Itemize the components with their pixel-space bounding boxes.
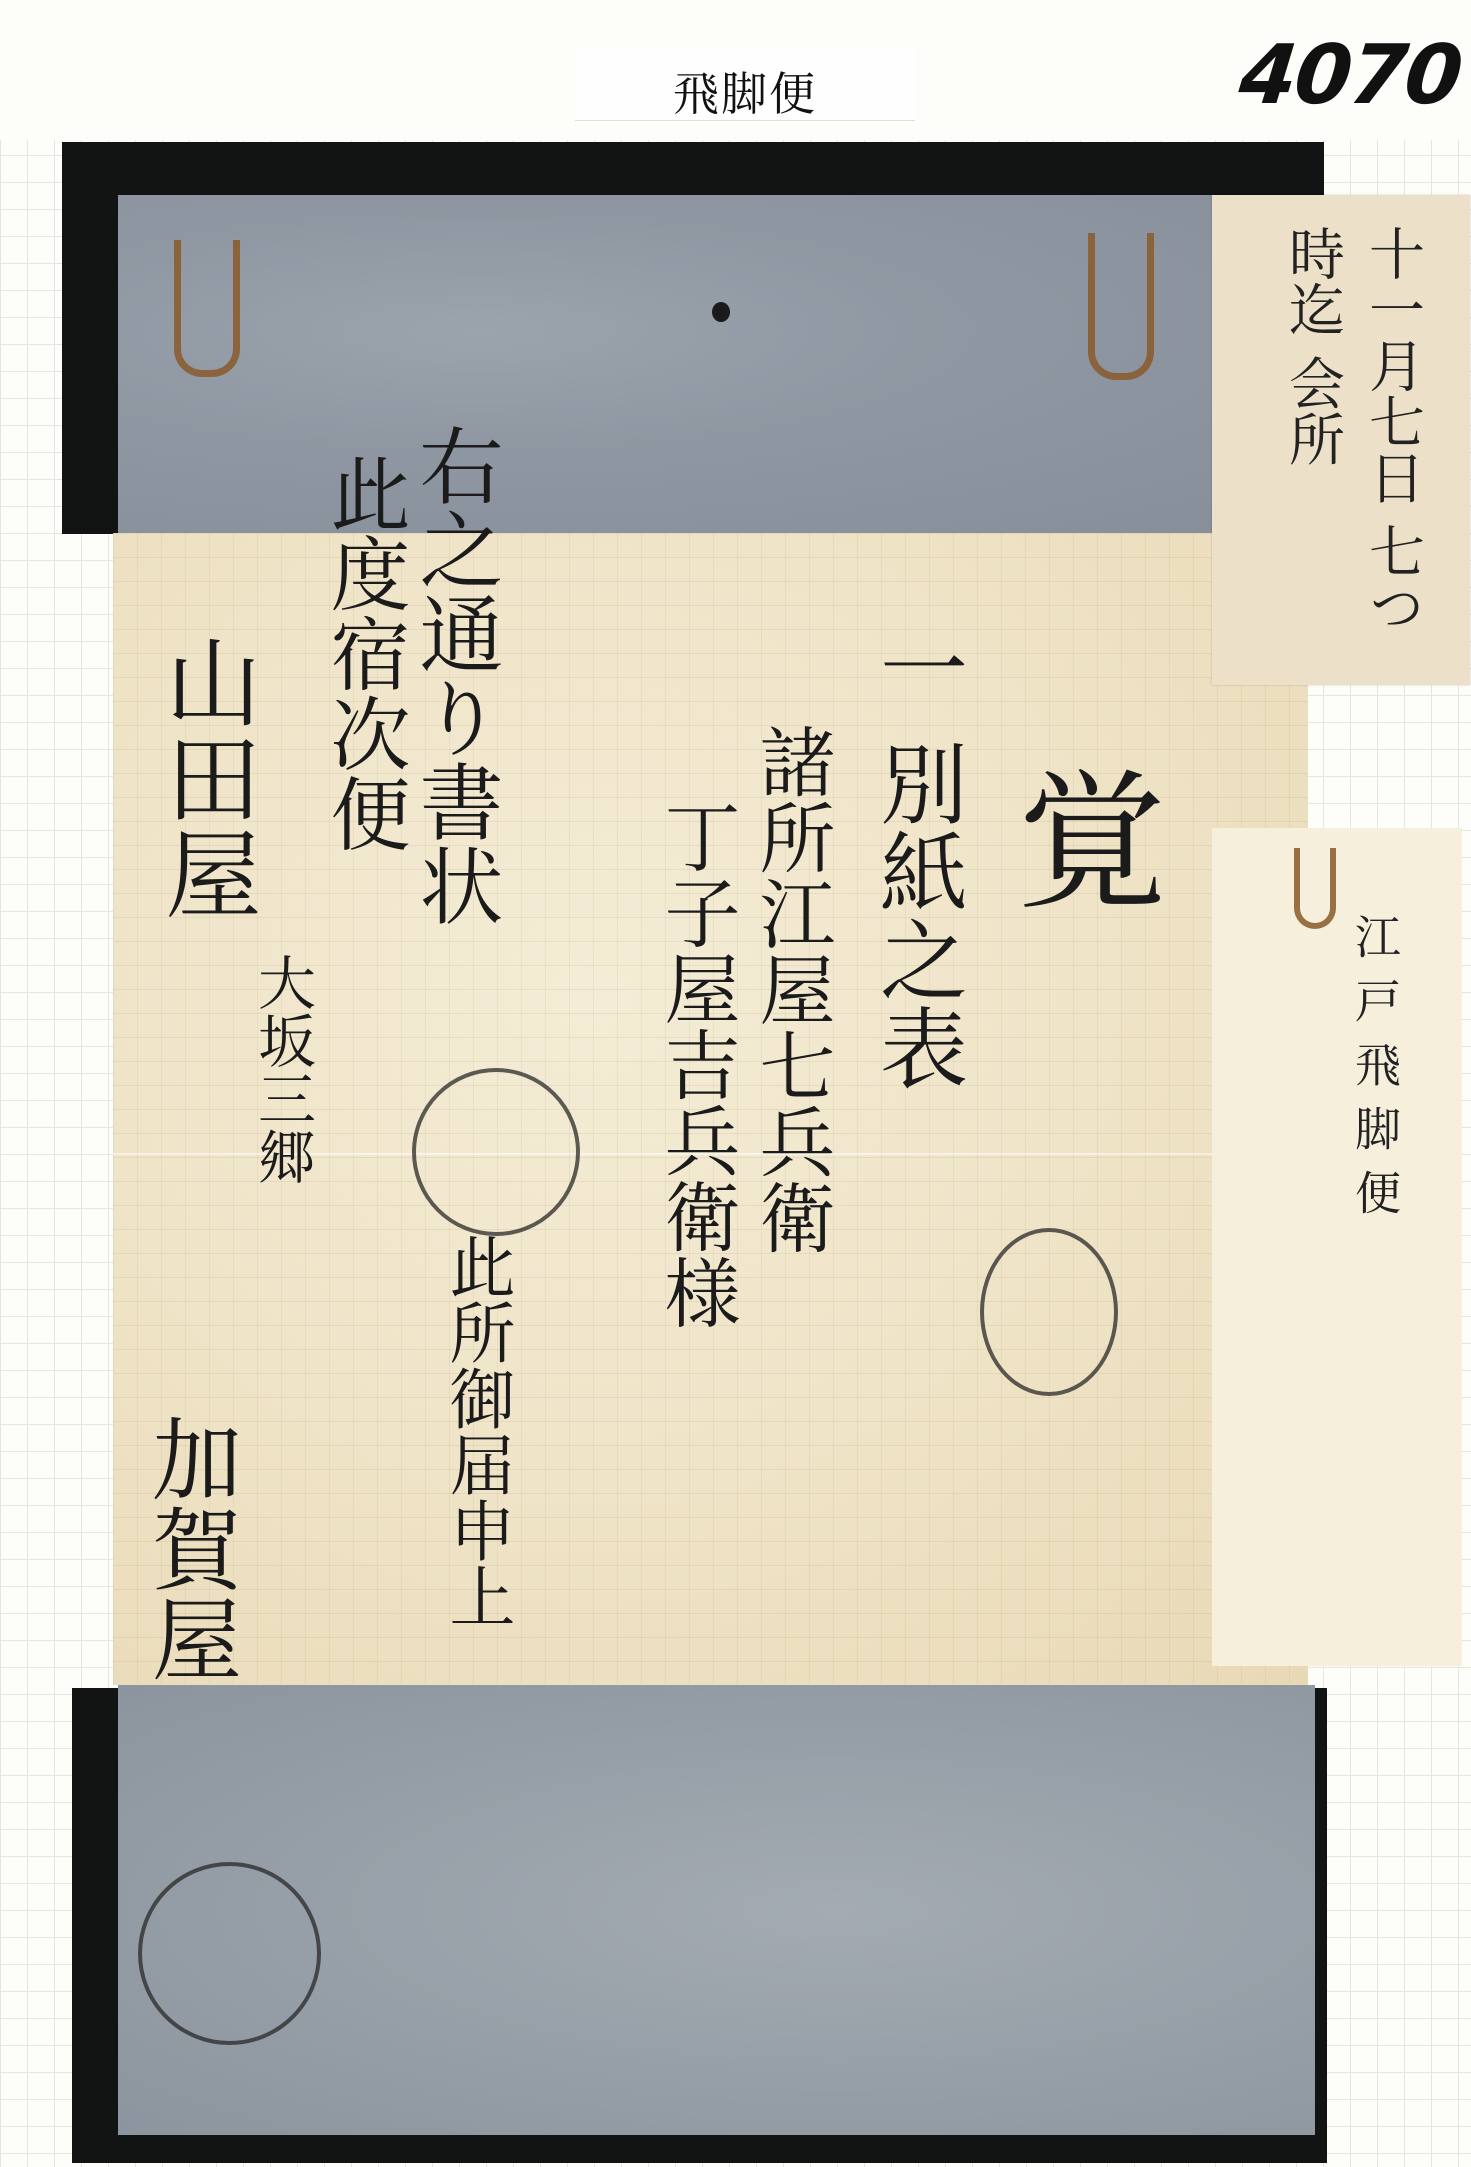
letter-heading: 覚: [1003, 763, 1153, 913]
attached-tag-bottom: 江戸飛脚便: [1212, 828, 1462, 1666]
postmark-center-left: [412, 1068, 580, 1236]
title-label: 飛脚便: [575, 58, 915, 124]
attached-tag-top: 十一月七日 七つ時迄 会所: [1212, 195, 1470, 685]
letter-left-column-2: 此度宿次便: [323, 453, 403, 853]
wrapper-paper-top: [118, 195, 1318, 535]
tag-top-text: 十一月七日 七つ時迄 会所: [1272, 225, 1432, 665]
tag-bottom-text: 江戸飛脚便: [1342, 913, 1408, 1233]
letter-right-column-1: 一 別紙之表: [873, 623, 961, 1091]
rust-clip-mark-icon: [1088, 233, 1154, 380]
letter-left-column-6: 加賀屋: [143, 1413, 233, 1683]
letter-left-column-4: 山田屋: [158, 633, 254, 921]
letter-right-column-2: 諸所江屋七兵衛: [753, 723, 829, 1255]
postmark-bottom-left: [138, 1862, 321, 2045]
postmark-center-right: [980, 1228, 1118, 1396]
letter-left-column-1: 右之通り書状: [413, 423, 497, 927]
pin-hole: [712, 302, 730, 322]
rust-clip-mark-icon: [174, 240, 240, 377]
letter-right-column-3: 丁子屋吉兵衛様: [658, 798, 734, 1330]
rust-clip-mark-icon: [1294, 848, 1336, 929]
catalog-number: 4070: [1235, 28, 1465, 123]
letter-sheet: 覚 一 別紙之表 諸所江屋七兵衛 丁子屋吉兵衛様 右之通り書状 此度宿次便 此所…: [113, 533, 1308, 1685]
title-label-strip: 飛脚便: [575, 48, 915, 120]
letter-left-column-3: 此所御届申上: [443, 1233, 509, 1629]
letter-left-column-5: 大坂三郷: [253, 953, 311, 1185]
